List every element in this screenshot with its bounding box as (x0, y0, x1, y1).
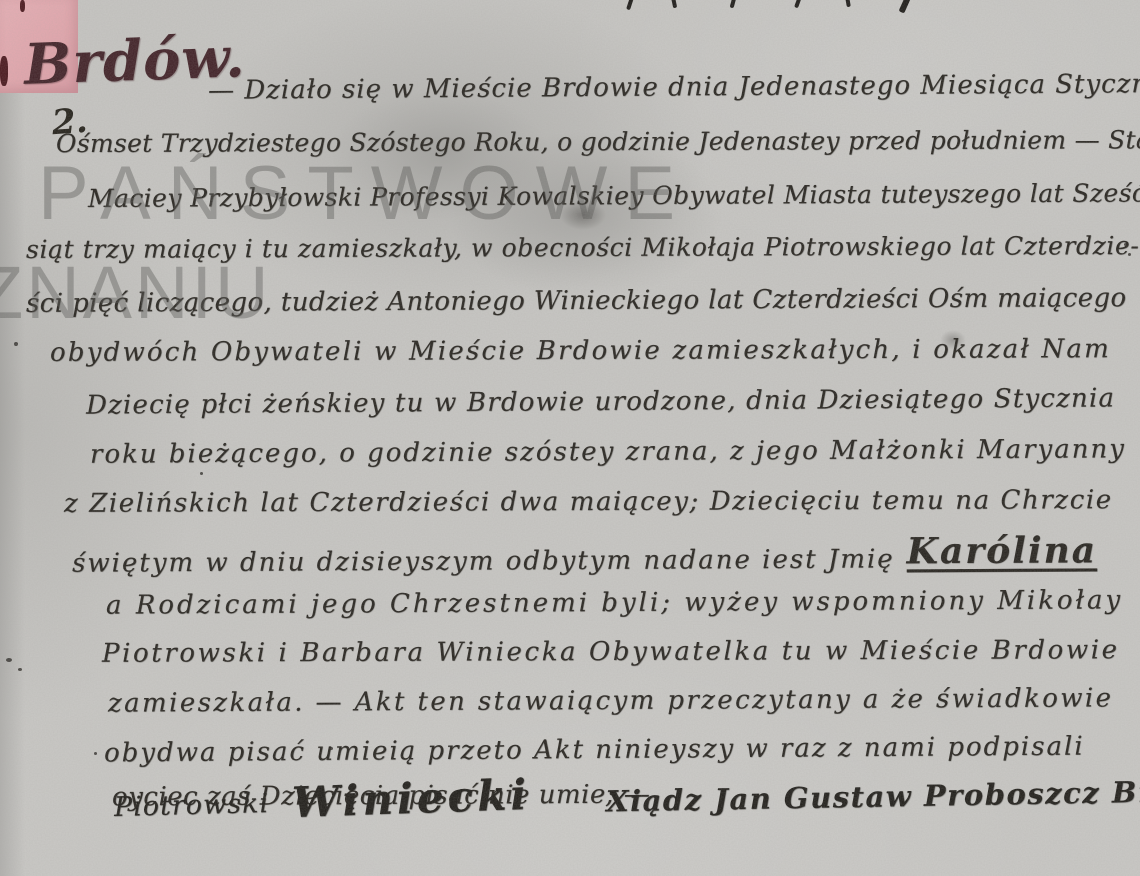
ink-speck (18, 668, 22, 671)
body-line: siąt trzy maiący i tu zamieszkały, w obe… (26, 231, 1140, 264)
ink-speck (14, 342, 18, 346)
baptismal-name-prefix: świętym w dniu dzisieyszym odbytym nadan… (72, 544, 895, 578)
body-line: obydwa pisać umieią przeto Akt ninieyszy… (104, 732, 1085, 769)
body-line: — Działo się w Mieście Brdowie dnia Jede… (208, 68, 1140, 105)
signature-priest: Xiądz Jan Gustaw Proboszcz Brdow (606, 774, 1140, 819)
stray-ink-stroke (730, 0, 737, 8)
body-line: Maciey Przybyłowski Professyi Kowalskiey… (88, 178, 1140, 213)
baptismal-name-line: świętym w dniu dzisieyszym odbytym nadan… (72, 533, 1097, 580)
ink-mark-label-edge (0, 56, 8, 86)
ink-speck (1128, 253, 1131, 256)
signature-witness-piotrowski: Piotrowski (114, 788, 270, 823)
place-heading: Brdów. (23, 24, 247, 98)
body-line: Dziecię płci żeńskiey tu w Brdowie urodz… (86, 383, 1115, 420)
ink-speck (6, 658, 12, 662)
scanned-birth-record: Brdów. 2. — Działo się w Mieście Brdowie… (0, 0, 1140, 876)
stray-ink-stroke (626, 0, 634, 10)
ink-speck (200, 472, 203, 475)
body-line: zamieszkała. — Akt ten stawaiącym przecz… (108, 683, 1114, 718)
body-line: roku bieżącego, o godzinie szóstey zrana… (90, 434, 1126, 469)
body-line: a Rodzicami jego Chrzestnemi byli; wyżey… (106, 585, 1123, 620)
stray-ink-stroke (845, 0, 851, 7)
record-number: 2. (51, 101, 89, 143)
stray-ink-stroke (794, 0, 802, 8)
body-line: ści pięć liczącego, tudzież Antoniego Wi… (26, 283, 1127, 319)
body-line: Piotrowski i Barbara Winiecka Obywatelka… (102, 635, 1120, 669)
body-line: z Zielińskich lat Czterdzieści dwa maiąc… (64, 485, 1113, 519)
ink-speck (94, 752, 97, 755)
signature-witness-winiecki: Winiecki (291, 770, 531, 827)
stray-ink-stroke (671, 0, 677, 8)
ink-speck (330, 747, 333, 750)
child-name: Karólina (907, 529, 1098, 572)
ink-mark-label-top (20, 0, 25, 12)
body-line: obydwóch Obywateli w Mieście Brdowie zam… (50, 334, 1111, 368)
body-line: Ośmset Trzydziestego Szóstego Roku, o go… (56, 125, 1140, 158)
stray-ink-stroke (899, 0, 912, 13)
ink-speck (1124, 243, 1127, 246)
